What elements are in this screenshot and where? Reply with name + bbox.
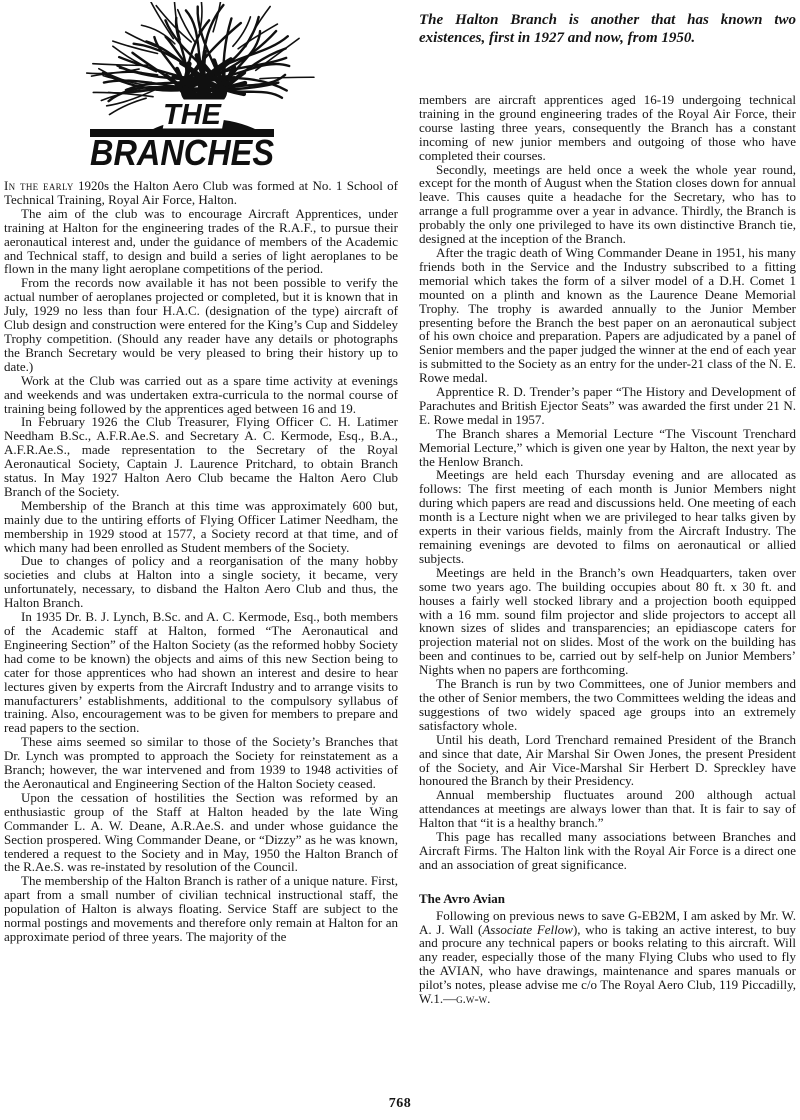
intro-note: The Halton Branch is another that has kn… [419, 12, 796, 47]
avro-avian-heading: The Avro Avian [419, 892, 796, 906]
paragraph: This page has recalled many associations… [419, 830, 796, 872]
paragraph: From the records now available it has no… [4, 276, 398, 373]
paragraph: Following on previous news to save G-EB2… [419, 909, 796, 1006]
paragraph: After the tragic death of Wing Commander… [419, 246, 796, 385]
paragraph: Meetings are held in the Branch’s own He… [419, 566, 796, 677]
magazine-page: THE BRANCHES The Halton Branch is anothe… [0, 0, 800, 1120]
page-number: 768 [356, 1096, 444, 1112]
paragraph: In February 1926 the Club Treasurer, Fly… [4, 415, 398, 498]
author-initials: g.w-w. [456, 991, 490, 1006]
paragraph: Secondly, meetings are held once a week … [419, 163, 796, 246]
paragraph: In 1935 Dr. B. J. Lynch, B.Sc. and A. C.… [4, 610, 398, 735]
lead-smallcaps: In the early [4, 178, 74, 193]
paragraph: The Branch shares a Memorial Lecture “Th… [419, 427, 796, 469]
paragraph: The Branch is run by two Committees, one… [419, 677, 796, 733]
paragraph: These aims seemed so similar to those of… [4, 735, 398, 791]
paragraph: The membership of the Halton Branch is r… [4, 874, 398, 944]
paragraph: Meetings are held each Thursday evening … [419, 468, 796, 565]
article-right-column: members are aircraft apprentices aged 16… [419, 93, 796, 1006]
paragraph: Membership of the Branch at this time wa… [4, 499, 398, 555]
paragraph: Annual membership fluctuates around 200 … [419, 788, 796, 830]
paragraph: Apprentice R. D. Trender’s paper “The Hi… [419, 385, 796, 427]
paragraph: In the early 1920s the Halton Aero Club … [4, 179, 398, 207]
paragraph: Until his death, Lord Trenchard remained… [419, 733, 796, 789]
paragraph: Upon the cessation of hostilities the Se… [4, 791, 398, 874]
paragraph: members are aircraft apprentices aged 16… [419, 93, 796, 163]
paragraph: Due to changes of policy and a reorganis… [4, 554, 398, 610]
tree-illustration: THE BRANCHES [4, 2, 398, 178]
logo-branches-text: BRANCHES [90, 132, 274, 173]
associate-fellow-italic: Associate Fellow [482, 922, 573, 937]
article-left-column: In the early 1920s the Halton Aero Club … [4, 179, 398, 944]
logo-the-text: THE [163, 99, 223, 131]
paragraph: Work at the Club was carried out as a sp… [4, 374, 398, 416]
branches-tree-logo: THE BRANCHES [4, 2, 398, 178]
paragraph: The aim of the club was to encourage Air… [4, 207, 398, 277]
